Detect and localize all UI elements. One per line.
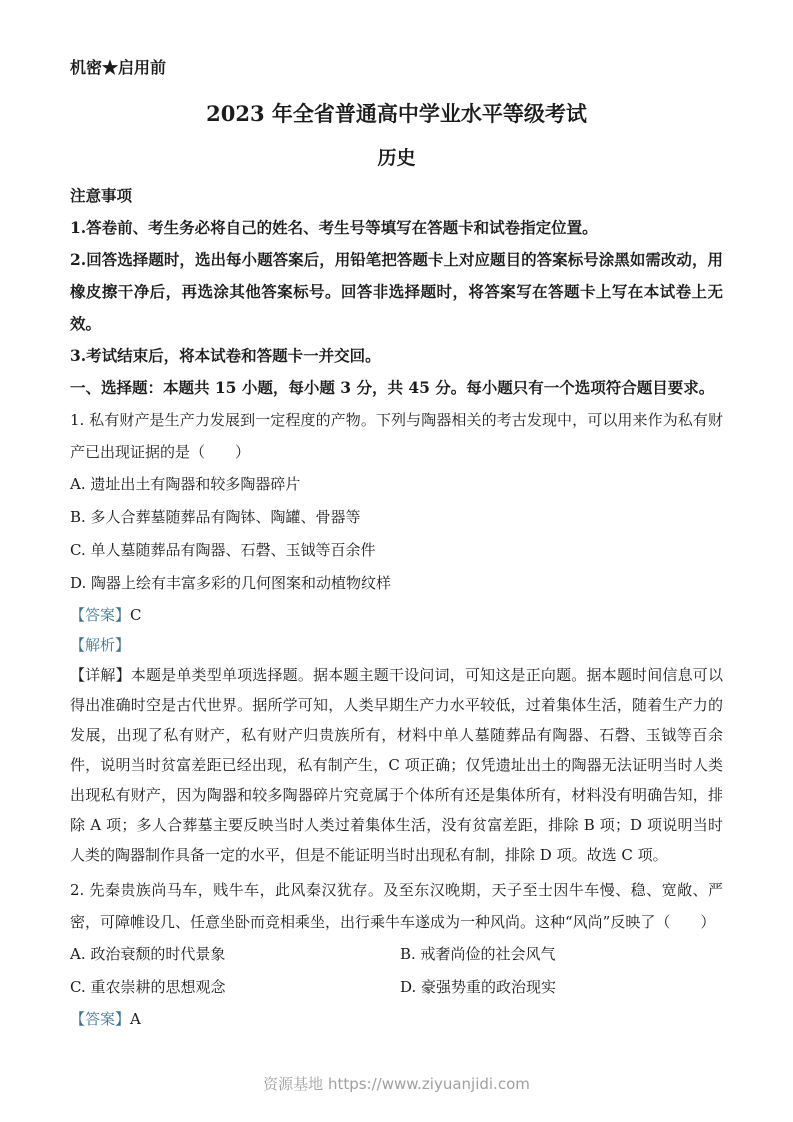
exam-document-page: 机密★启用前 2023 年全省普通高中学业水平等级考试 历史 注意事项 1.答卷… (0, 0, 793, 1122)
answer-label: 【答案】 (70, 606, 130, 624)
question-2-stem: 2. 先秦贵族尚马车，贱牛车，此风秦汉犹存。及至东汉晚期，天子至士因牛车慢、稳、… (70, 874, 723, 938)
section-heading: 一、选择题：本题共 15 小题，每小题 3 分，共 45 分。每小题只有一个选项… (70, 372, 723, 404)
exam-title: 2023 年全省普通高中学业水平等级考试 (70, 101, 723, 127)
question-1-option-a: A. 遗址出土有陶器和较多陶器碎片 (70, 468, 723, 501)
question-1-answer-row: 【答案】C (70, 600, 723, 630)
question-1-analysis-row: 【解析】 (70, 630, 723, 660)
question-1-option-c: C. 单人墓随葬品有陶器、石磬、玉钺等百余件 (70, 534, 723, 567)
watermark-footer: 资源基地 https://www.ziyuanjidi.com (0, 1073, 793, 1094)
question-1-options: A. 遗址出土有陶器和较多陶器碎片 B. 多人合葬墓随葬品有陶钵、陶罐、骨器等 … (70, 468, 723, 600)
question-2-option-b: B. 戒奢尚俭的社会风气 (400, 938, 723, 971)
question-1-stem: 1. 私有财产是生产力发展到一定程度的产物。下列与陶器相关的考古发现中，可以用来… (70, 404, 723, 468)
notice-section: 注意事项 1.答卷前、考生务必将自己的姓名、考生号等填写在答题卡和试卷指定位置。… (70, 180, 723, 372)
confidential-label: 机密★启用前 (70, 58, 723, 78)
question-1-option-d: D. 陶器上绘有丰富多彩的几何图案和动植物纹样 (70, 567, 723, 600)
answer-value: A (130, 1010, 141, 1028)
question-2-answer-row: 【答案】A (70, 1004, 723, 1034)
detail-text: 本题是单类型单项选择题。据本题主题干设问词，可知这是正向题。据本题时间信息可以得… (70, 666, 723, 864)
footer-site-name: 资源基地 (263, 1075, 323, 1093)
question-2-options: A. 政治衰颓的时代景象 B. 戒奢尚俭的社会风气 C. 重农崇耕的思想观念 D… (70, 938, 723, 1004)
question-2-option-a: A. 政治衰颓的时代景象 (70, 938, 400, 971)
footer-url-link[interactable]: https://www.ziyuanjidi.com (328, 1075, 530, 1093)
detail-label: 【详解】 (70, 666, 131, 684)
question-1: 1. 私有财产是生产力发展到一定程度的产物。下列与陶器相关的考古发现中，可以用来… (70, 404, 723, 870)
subject-title: 历史 (70, 146, 723, 170)
notice-heading: 注意事项 (70, 180, 723, 212)
question-2-option-d: D. 豪强势重的政治现实 (400, 971, 723, 1004)
question-2: 2. 先秦贵族尚马车，贱牛车，此风秦汉犹存。及至东汉晚期，天子至士因牛车慢、稳、… (70, 874, 723, 1034)
question-1-detail: 【详解】本题是单类型单项选择题。据本题主题干设问词，可知这是正向题。据本题时间信… (70, 660, 723, 870)
answer-label: 【答案】 (70, 1010, 130, 1028)
question-1-option-b: B. 多人合葬墓随葬品有陶钵、陶罐、骨器等 (70, 501, 723, 534)
notice-item-1: 1.答卷前、考生务必将自己的姓名、考生号等填写在答题卡和试卷指定位置。 (70, 212, 723, 244)
notice-item-3: 3.考试结束后，将本试卷和答题卡一并交回。 (70, 340, 723, 372)
analysis-label: 【解析】 (70, 636, 130, 654)
notice-item-2: 2.回答选择题时，选出每小题答案后，用铅笔把答题卡上对应题目的答案标号涂黑如需改… (70, 244, 723, 340)
question-2-option-c: C. 重农崇耕的思想观念 (70, 971, 400, 1004)
answer-value: C (130, 606, 141, 624)
